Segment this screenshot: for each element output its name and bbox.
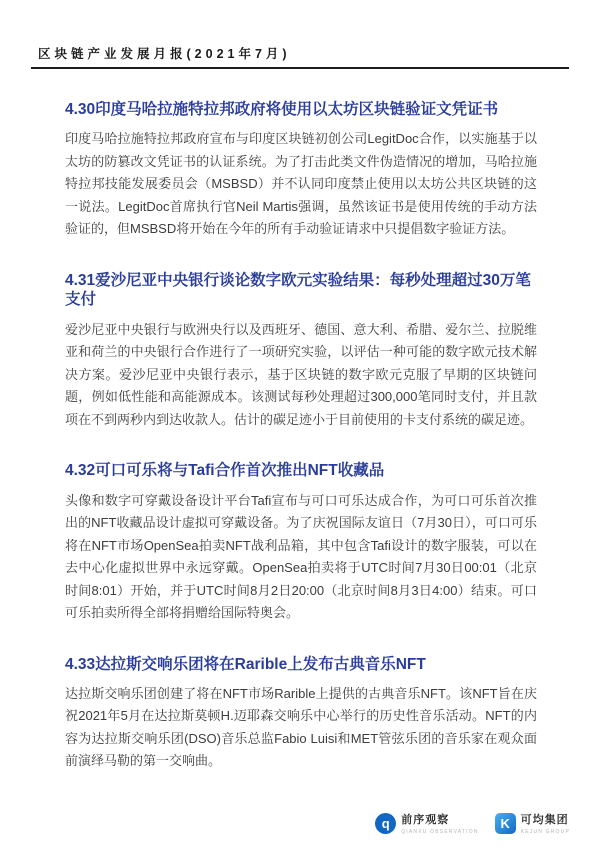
section-4-32: 4.32可口可乐将与Tafi合作首次推出NFT收藏品 头像和数字可穿戴设备设计平… (65, 461, 537, 624)
page-footer: q 前序观察 QIANXU OBSERVATION K 可均集团 KEJUN G… (375, 811, 570, 835)
section-4-30-body: 印度马哈拉施特拉邦政府宣布与印度区块链初创公司LegitDoc合作，以实施基于以… (65, 128, 537, 241)
section-4-30: 4.30印度马哈拉施特拉邦政府将使用以太坊区块链验证文凭证书 印度马哈拉施特拉邦… (65, 100, 537, 241)
section-4-30-title: 4.30印度马哈拉施特拉邦政府将使用以太坊区块链验证文凭证书 (65, 100, 537, 119)
kejun-logo-subtitle: KEJUN GROUP (521, 829, 570, 835)
qianxu-logo: q 前序观察 QIANXU OBSERVATION (375, 811, 478, 835)
section-4-33-body: 达拉斯交响乐团创建了将在NFT市场Rarible上提供的古典音乐NFT。该NFT… (65, 683, 537, 773)
section-4-31-title: 4.31爱沙尼亚中央银行谈论数字欧元实验结果：每秒处理超过30万笔支付 (65, 271, 537, 310)
kejun-logo-icon: K (495, 813, 516, 834)
kejun-logo: K 可均集团 KEJUN GROUP (495, 811, 570, 835)
section-4-31-body: 爱沙尼亚中央银行与欧洲央行以及西班牙、德国、意大利、希腊、爱尔兰、拉脱维亚和荷兰… (65, 319, 537, 432)
section-4-32-title: 4.32可口可乐将与Tafi合作首次推出NFT收藏品 (65, 461, 537, 480)
report-title: 区块链产业发展月报(2021年7月) (38, 44, 569, 62)
document-page: 区块链产业发展月报(2021年7月) 4.30印度马哈拉施特拉邦政府将使用以太坊… (0, 0, 600, 849)
section-4-33: 4.33达拉斯交响乐团将在Rarible上发布古典音乐NFT 达拉斯交响乐团创建… (65, 655, 537, 773)
qianxu-logo-subtitle: QIANXU OBSERVATION (401, 829, 478, 835)
section-4-33-title: 4.33达拉斯交响乐团将在Rarible上发布古典音乐NFT (65, 655, 537, 674)
page-content: 4.30印度马哈拉施特拉邦政府将使用以太坊区块链验证文凭证书 印度马哈拉施特拉邦… (65, 100, 537, 773)
kejun-logo-text: 可均集团 KEJUN GROUP (521, 811, 570, 835)
page-header: 区块链产业发展月报(2021年7月) (31, 0, 569, 69)
qianxu-logo-name: 前序观察 (401, 811, 478, 827)
qianxu-logo-icon: q (375, 813, 396, 834)
kejun-logo-name: 可均集团 (521, 811, 570, 827)
qianxu-logo-text: 前序观察 QIANXU OBSERVATION (401, 811, 478, 835)
section-4-31: 4.31爱沙尼亚中央银行谈论数字欧元实验结果：每秒处理超过30万笔支付 爱沙尼亚… (65, 271, 537, 431)
section-4-32-body: 头像和数字可穿戴设备设计平台Tafi宣布与可口可乐达成合作，为可口可乐首次推出的… (65, 490, 537, 625)
